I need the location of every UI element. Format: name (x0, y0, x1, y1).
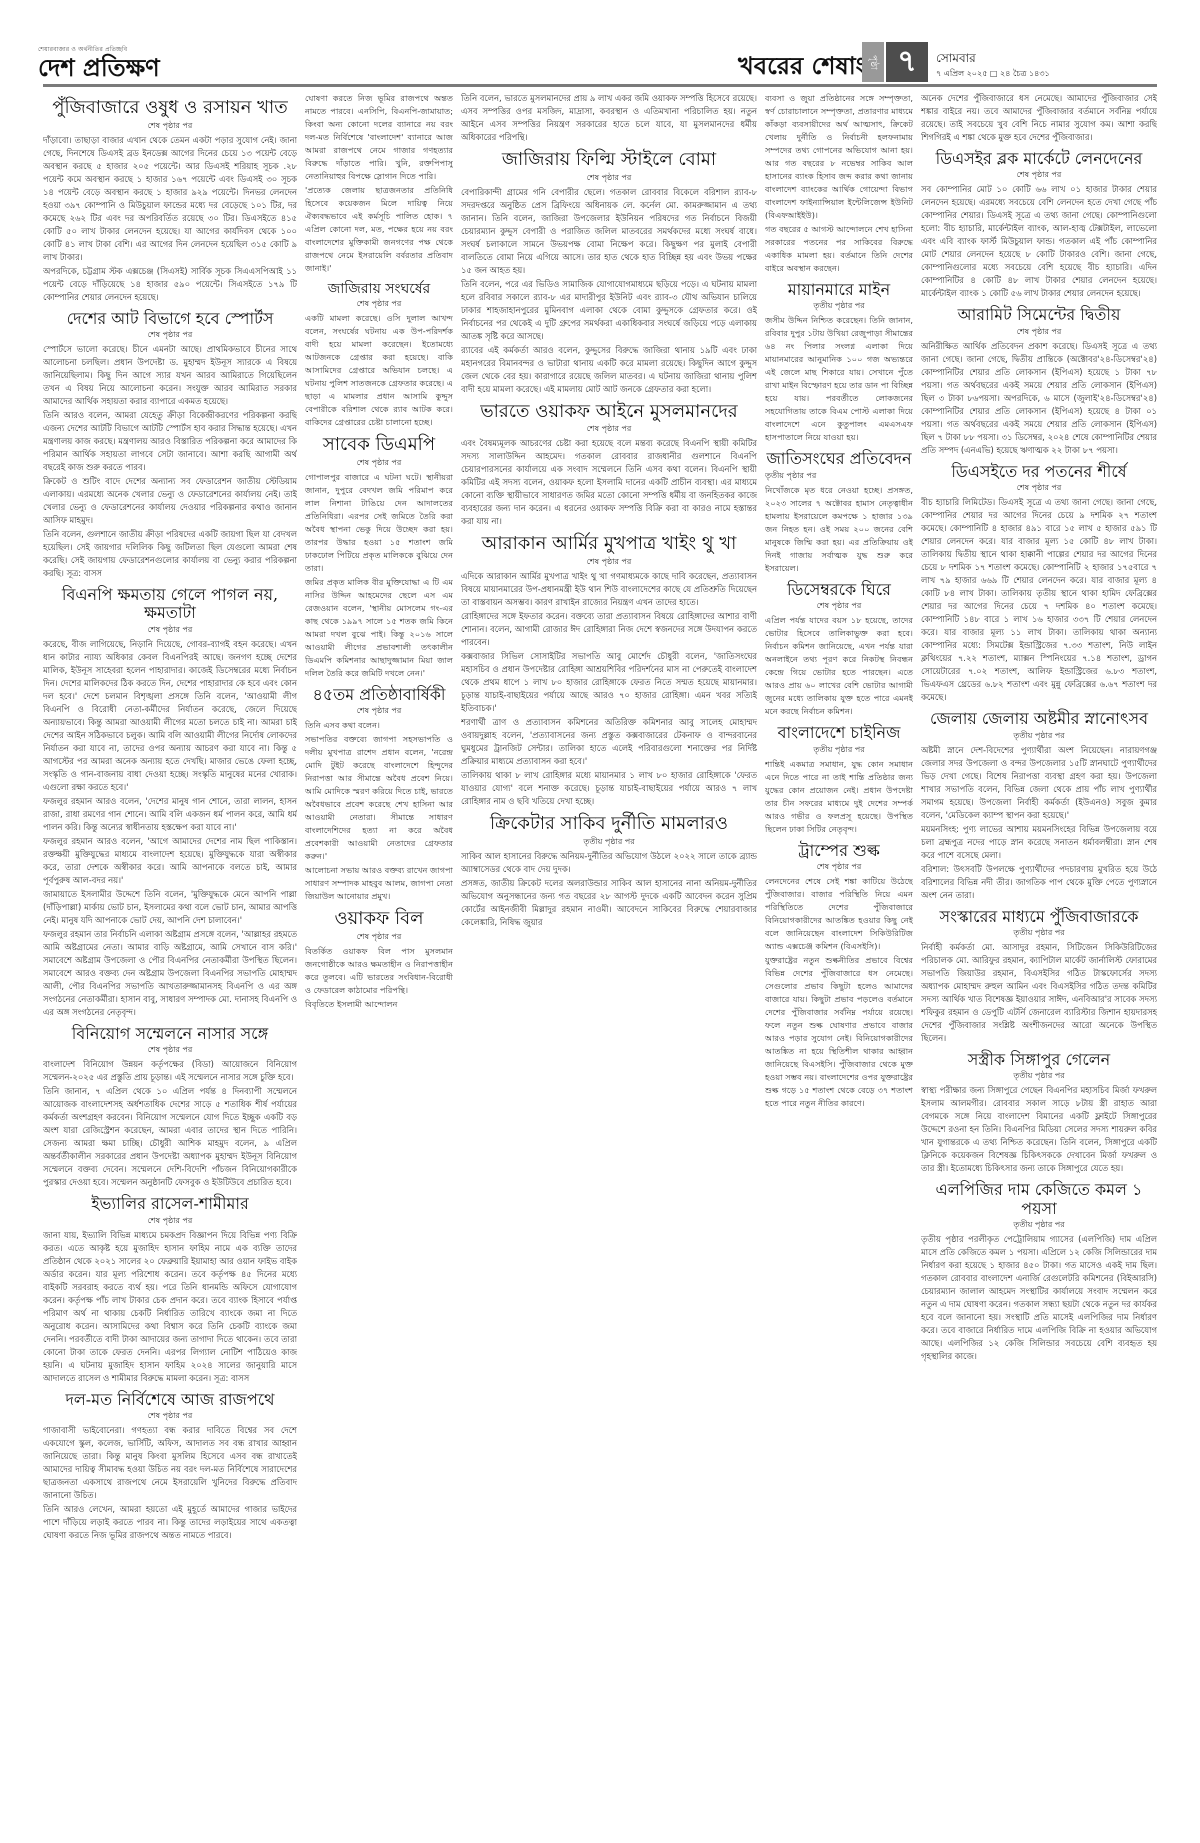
headline[interactable]: মায়ানমারে মাইন (765, 281, 913, 299)
article-body: তালিকায় থাকা ৮ লাখ রোহিঙ্গার মধ্যে মায়… (461, 769, 757, 808)
article-body: তিনি বলেন, গুলশানে জাতীয় ক্রীড়া পরিষদে… (43, 528, 297, 580)
headline[interactable]: ডিএসইর ব্লক মার্কেটে লেনদেনের (921, 150, 1157, 168)
headline[interactable]: ডিএসইতে দর পতনের শীর্ষে (921, 463, 1157, 481)
article-body: নির্বাহী কর্মকর্তা মো. আসাদুর রহমান, সিট… (921, 941, 1157, 1045)
article-arakan-army: আরাকান আর্মির মুখপাত্র খাইং থু খা শেষ পৃ… (461, 534, 757, 808)
article-december: ডিসেম্বরকে ঘিরে শেষ পৃষ্ঠার পর এপ্রিল পর… (765, 581, 913, 718)
article-body: লেনদেনের শেষে সেই শঙ্কা কাটিয়ে উঠেছে পু… (765, 875, 913, 953)
article-body: সব কোম্পানির মোট ১০ কোটি ৬৬ লাখ ০১ হাজার… (921, 183, 1157, 300)
headline[interactable]: আরাকান আর্মির মুখপাত্র খাইং থু খা (461, 534, 757, 555)
article-body: আলোচনা সভায় আরও বক্তব্য রাখেন জাগপা সাধ… (305, 864, 453, 903)
article-evaly: ইভ্যালির রাসেল-শামীমার শেষ পৃষ্ঠার পর জা… (43, 1195, 297, 1384)
article-body: রোহিঙ্গাদের সঙ্গে ইফতার করেন। বক্তব্যে ত… (461, 610, 757, 649)
article-waqf-bill: ওয়াকফ বিল শেষ পৃষ্ঠার পর বিতর্কিত ওয়াক… (305, 909, 453, 1011)
article-body: র‍্যাবের এই কর্মকর্তা আরও বলেন, কুদ্দুসে… (461, 344, 757, 396)
article-body: জামায়াতে ইসলামীর উদ্দেশে তিনি বলেন, 'মু… (43, 888, 297, 927)
article-body: জানা যায়, ইভ্যালি বিভিন্ন মাধ্যমে চমকপ্… (43, 1229, 297, 1385)
article-body: বরিশাল: উৎসবটি উপলক্ষে পুণ্যার্থীদের পদচ… (921, 863, 1157, 902)
headline[interactable]: সংস্কারের মাধ্যমে পুঁজিবাজারকে (921, 908, 1157, 926)
continued-label: শেষ পৃষ্ঠার পর (305, 456, 453, 469)
article-body: তৃতীয় পৃষ্ঠার পরলীকৃত পেট্রোলিয়াম গ্যা… (921, 1233, 1157, 1363)
continued-label: শেষ পৃষ্ঠার পর (43, 119, 297, 132)
article-body: বীচ হ্যাচারি লিমিটেড। ডিএসই সূত্রে এ তথ্… (921, 496, 1157, 704)
article-body: স্পোর্টসে ভালো করেছে। চীনে এমনটা আছে। প্… (43, 343, 297, 408)
article-body: প্রসঙ্গত, জাতীয় ক্রিকেট দলের অলরাউন্ডার… (461, 877, 757, 929)
continued-label: তৃতীয় পৃষ্ঠার পর (921, 729, 1157, 742)
continued-label: তৃতীয় পৃষ্ঠার পর (765, 743, 913, 756)
article-body: দাঁড়াবো। তাছাড়া বাজার এখান থেকে তেমন এ… (43, 134, 297, 264)
article-body: এদিকে আরাকান আর্মির মুখপাত্র খাইং থু খা … (461, 570, 757, 609)
article-body: সাকিব আল হাসানের বিরুদ্ধে অনিয়ম-দুর্নীত… (461, 850, 757, 876)
article-body: বেপারিকান্দী গ্রামের গনি বেপারীর ছেলে। গ… (461, 186, 757, 277)
article-body: ফজলুর রহমান আরও বলেন, 'দেশের মানুষ গান শ… (43, 795, 297, 834)
article-former-dmp: সাবেক ডিএমপি শেষ পৃষ্ঠার পর গোপালপুর বাজ… (305, 435, 453, 680)
continued-label: শেষ পৃষ্ঠার পর (921, 168, 1157, 181)
continued-label: শেষ পৃষ্ঠার পর (305, 297, 453, 310)
column-2: ঘোষণা করতে নিজ ভূমির রাজপথে অন্তত নামতে … (305, 92, 453, 1832)
continued-label: তৃতীয় পৃষ্ঠার পর (765, 469, 913, 482)
article-body: তিনি বলেন, ভারতে মুসলমানদের প্রায় ৯ লাখ… (461, 92, 757, 144)
continued-label: তৃতীয় পৃষ্ঠার পর (461, 835, 757, 848)
headline[interactable]: দেশের আট বিভাগে হবে স্পোর্টস (43, 310, 297, 328)
logo: শেয়ারবাজার ও অর্থনীতির প্রতিচ্ছবি দেশ প… (38, 44, 160, 81)
article-body: শান্তিই একমাত্র সমাধান, যুদ্ধ কোন সমাধান… (765, 758, 913, 836)
continued-label: শেষ পৃষ্ঠার পর (765, 599, 913, 612)
article-myanmar-mine: মায়ানমারে মাইন তৃতীয় পৃষ্ঠার পর জসীম উ… (765, 281, 913, 444)
continued-label: তৃতীয় পৃষ্ঠার পর (921, 1069, 1157, 1082)
continued-label: শেষ পৃষ্ঠার পর (461, 422, 757, 435)
continued-label: তৃতীয় পৃষ্ঠার পর (921, 1218, 1157, 1231)
article-un-report: জাতিসংঘের প্রতিবেদন তৃতীয় পৃষ্ঠার পর নি… (765, 450, 913, 574)
article-reform: সংস্কারের মাধ্যমে পুঁজিবাজারকে তৃতীয় পৃ… (921, 908, 1157, 1045)
article-body: এবং বৈষম্যমূলক আচরণের চেষ্টা করা হয়েছে … (461, 437, 757, 528)
headline[interactable]: বিএনপি ক্ষমতায় গেলে পাগল নয়, ক্ষমতাটা (43, 586, 297, 623)
article-body: এপ্রিল পর্যন্ত যাদের বয়স ১৮ হয়েছে, তাদ… (765, 614, 913, 718)
headline[interactable]: ইভ্যালির রাসেল-শামীমার (43, 1195, 297, 1213)
headline[interactable]: সস্ত্রীক সিঙ্গাপুর গেলেন (921, 1051, 1157, 1069)
continued-label: শেষ পৃষ্ঠার পর (43, 1409, 297, 1422)
continued-label: শেষ পৃষ্ঠার পর (461, 555, 757, 568)
article-dse-block: ডিএসইর ব্লক মার্কেটে লেনদেনের শেষ পৃষ্ঠা… (921, 150, 1157, 300)
article-body: ফজলুর রহমান তার নির্বাচনি এলাকা অষ্টগ্রা… (43, 928, 297, 1019)
headline[interactable]: জাতিসংঘের প্রতিবেদন (765, 450, 913, 468)
article-body: অষ্টমী স্নানে দেশ-বিদেশের পুণ্যার্থীরা অ… (921, 744, 1157, 822)
article-investment-summit: বিনিয়োগ সম্মেলনে নাসার সঙ্গে শেষ পৃষ্ঠা… (43, 1025, 297, 1189)
article-body: তিনি এসব কথা বলেন। (305, 719, 453, 732)
headline[interactable]: জাজিরায় সংঘর্ষের (305, 281, 453, 297)
article-ashtami: জেলায় জেলায় অষ্টমীর স্নানোৎসব তৃতীয় প… (921, 710, 1157, 901)
article-waqf-india-intro: তিনি বলেন, ভারতে মুসলমানদের প্রায় ৯ লাখ… (461, 92, 757, 144)
article-body: তিনি আরও লেখেন, আমরা হয়তো এই মুহূর্তে আ… (43, 1503, 297, 1542)
article-anniversary: ৪৫তম প্রতিষ্ঠাবার্ষিকী শেষ পৃষ্ঠার পর তি… (305, 686, 453, 903)
article-body: ক্রিকেট ও শুটিং বাদে দেশের অন্যান্য সব ফ… (43, 475, 297, 527)
headline[interactable]: ট্রাম্পের শুল্ক (765, 842, 913, 860)
headline[interactable]: ৪৫তম প্রতিষ্ঠাবার্ষিকী (305, 686, 453, 704)
article-body: তিনি জানান, ৭ এপ্রিল থেকে ১০ এপ্রিল পর্য… (43, 1085, 297, 1189)
article-body: জমির প্রকৃত মালিক বীর মুক্তিযোদ্ধা এ টি … (305, 576, 453, 680)
article-pharma: পুঁজিবাজারে ওষুধ ও রসায়ন খাত শেষ পৃষ্ঠা… (43, 98, 297, 304)
article-body: নিখোঁজকে মৃত ধরে নেওয়া হচ্ছে। প্রসঙ্গত,… (765, 484, 913, 575)
article-jajira-bomb: জাজিরায় ফিল্মি স্টাইলে বোমা শেষ পৃষ্ঠার… (461, 150, 757, 396)
article-dse-losers: ডিএসইতে দর পতনের শীর্ষে শেষ পৃষ্ঠার পর ব… (921, 463, 1157, 704)
article-sports-hub: দেশের আট বিভাগে হবে স্পোর্টস শেষ পৃষ্ঠার… (43, 310, 297, 580)
continued-label: শেষ পৃষ্ঠার পর (43, 1214, 297, 1227)
article-body: বিবৃতিতে ইসলামী আন্দোলন (305, 998, 453, 1011)
top-rule (43, 84, 1157, 87)
article-waqf-india: ভারতে ওয়াকফ আইনে মুসলমানদের শেষ পৃষ্ঠার… (461, 402, 757, 529)
continued-label: শেষ পৃষ্ঠার পর (305, 704, 453, 717)
column-3: তিনি বলেন, ভারতে মুসলমানদের প্রায় ৯ লাখ… (461, 92, 757, 1832)
logo-text: দেশ প্রতিক্ষণ (38, 55, 160, 81)
article-rally-cont: ঘোষণা করতে নিজ ভূমির রাজপথে অন্তত নামতে … (305, 92, 453, 275)
headline[interactable]: জেলায় জেলায় অষ্টমীর স্নানোৎসব (921, 710, 1157, 728)
article-body: কক্সবাজার সিভিল সোসাইটির সভাপতি আবু মোর্… (461, 650, 757, 715)
article-lpg-price: এলপিজির দাম কেজিতে কমল ১ পয়সা তৃতীয় পৃ… (921, 1181, 1157, 1363)
continued-label: তৃতীয় পৃষ্ঠার পর (765, 299, 913, 312)
page-label: পৃষ্ঠা (862, 42, 884, 82)
article-trump-tariff: ট্রাম্পের শুল্ক শেষ পৃষ্ঠার পর লেনদেনের … (765, 842, 913, 1110)
article-body: গাজাবাসী ভাইবোনেরা। গণহত্যা বন্ধ করার দা… (43, 1424, 297, 1502)
headline[interactable]: বিনিয়োগ সম্মেলনে নাসার সঙ্গে (43, 1025, 297, 1043)
article-body: সভাপতির বক্তব্যে জাগপা সহসভাপতি ও দলীয় … (305, 733, 453, 863)
article-shakib-cont: ব্যবসা ও জুয়া প্রতিষ্ঠানের সঙ্গে সম্পৃক… (765, 92, 913, 275)
article-body: স্বাস্থ্য পরীক্ষার জন্য সিঙ্গাপুরে গেছেন… (921, 1084, 1157, 1175)
masthead: শেয়ারবাজার ও অর্থনীতির প্রতিচ্ছবি দেশ প… (0, 0, 1200, 82)
article-body: তিনি আরও বলেন, আমরা যেহেতু ক্রীড়া বিকেন… (43, 409, 297, 474)
article-tariff-cont: অনেক দেশের পুঁজিবাজারে ধস নেমেছে। আমাদের… (921, 92, 1157, 144)
headline[interactable]: দল-মত নির্বিশেষে আজ রাজপথে (43, 1391, 297, 1409)
continued-label: তৃতীয় পৃষ্ঠার পর (921, 926, 1157, 939)
headline[interactable]: আরামিট সিমেন্টের দ্বিতীয় (921, 306, 1157, 324)
continued-label: শেষ পৃষ্ঠার পর (305, 930, 453, 943)
headline[interactable]: বাংলাদেশে চাইনিজ (765, 724, 913, 742)
article-body: যুক্তরাষ্ট্রের নতুন শুল্কনীতির প্রভাবে ব… (765, 954, 913, 1110)
continued-label: শেষ পৃষ্ঠার পর (43, 1043, 297, 1056)
headline[interactable]: ওয়াকফ বিল (305, 909, 453, 930)
article-body: শরণার্থী ত্রাণ ও প্রত্যাবাসন কমিশনের অতি… (461, 716, 757, 768)
continued-label: শেষ পৃষ্ঠার পর (765, 860, 913, 873)
column-5: অনেক দেশের পুঁজিবাজারে ধস নেমেছে। আমাদের… (921, 92, 1157, 1832)
article-body: বিতর্কিত ওয়াকফ বিল পাস মুসলমান জনগোষ্ঠী… (305, 945, 453, 997)
article-jajira-clash: জাজিরায় সংঘর্ষের শেষ পৃষ্ঠার পর একটি মা… (305, 281, 453, 429)
continued-label: শেষ পৃষ্ঠার পর (921, 481, 1157, 494)
section-title: খবরের শেষাংশ (738, 48, 880, 88)
article-body: ফজলুর রহমান আরও বলেন, 'আগে আমাদের দেশের … (43, 835, 297, 887)
article-body: ঘোষণা করতে নিজ ভূমির রাজপথে অন্তত নামতে … (305, 92, 453, 183)
article-body: ব্যবসা ও জুয়া প্রতিষ্ঠানের সঙ্গে সম্পৃক… (765, 92, 913, 222)
issue-date: ৭ এপ্রিল ২০২৫ □ ২৪ চৈত্র ১৪৩১ (936, 68, 1050, 81)
article-singapore: সস্ত্রীক সিঙ্গাপুর গেলেন তৃতীয় পৃষ্ঠার … (921, 1051, 1157, 1175)
article-body: অপরদিকে, চট্টগ্রাম স্টক এক্সচেঞ্জ (সিএসই… (43, 265, 297, 304)
continued-label: শেষ পৃষ্ঠার পর (921, 325, 1157, 338)
day-of-week: সোমবার (936, 50, 976, 70)
article-body: অনিরীক্ষিত আর্থিক প্রতিবেদন প্রকাশ করেছে… (921, 340, 1157, 457)
article-body: একটি মামলা করেছে। ওসি দুলাল আখন্দ বলেন, … (305, 312, 453, 429)
headline[interactable]: ক্রিকেটার সাকিব দুর্নীতি মামলারও (461, 814, 757, 835)
headline[interactable]: ভারতে ওয়াকফ আইনে মুসলমানদের (461, 402, 757, 423)
continued-label: শেষ পৃষ্ঠার পর (43, 623, 297, 636)
continued-label: শেষ পৃষ্ঠার পর (43, 328, 297, 341)
headline[interactable]: সাবেক ডিএমপি (305, 435, 453, 456)
column-4: ব্যবসা ও জুয়া প্রতিষ্ঠানের সঙ্গে সম্পৃক… (765, 92, 913, 1832)
headline[interactable]: পুঁজিবাজারে ওষুধ ও রসায়ন খাত (43, 98, 297, 119)
article-body: তিনি বলেন, পরে এর ভিডিও সামাজিক যোগাযোগম… (461, 278, 757, 343)
article-body: অনেক দেশের পুঁজিবাজারে ধস নেমেছে। আমাদের… (921, 92, 1157, 144)
page-number: ৭ (886, 42, 928, 82)
article-aramit: আরামিট সিমেন্টের দ্বিতীয় শেষ পৃষ্ঠার পর… (921, 306, 1157, 456)
article-body: 'প্রত্যেক জেলায় ছাত্রজনতার প্রতিনিধি হি… (305, 184, 453, 275)
column-1: পুঁজিবাজারে ওষুধ ও রসায়ন খাত শেষ পৃষ্ঠা… (43, 92, 297, 1832)
article-body: গোপালপুর বাজারে এ ঘটনা ঘটে। স্থানীয়রা জ… (305, 471, 453, 575)
article-chinese: বাংলাদেশে চাইনিজ তৃতীয় পৃষ্ঠার পর শান্ত… (765, 724, 913, 835)
article-body: ময়মনসিংহ: পুণ্য লাভের আশায় ময়মনসিংহের… (921, 823, 1157, 862)
headline[interactable]: এলপিজির দাম কেজিতে কমল ১ পয়সা (921, 1181, 1157, 1218)
headline[interactable]: ডিসেম্বরকে ঘিরে (765, 581, 913, 599)
article-body: গত বছরের ৫ আগস্ট আন্দোলনে শেখ হাসিনা সরক… (765, 223, 913, 275)
article-rally: দল-মত নির্বিশেষে আজ রাজপথে শেষ পৃষ্ঠার প… (43, 1391, 297, 1542)
article-bnp-power: বিএনপি ক্ষমতায় গেলে পাগল নয়, ক্ষমতাটা … (43, 586, 297, 1019)
headline[interactable]: জাজিরায় ফিল্মি স্টাইলে বোমা (461, 150, 757, 171)
article-body: জসীম উদ্দিন নিশ্চিত করেছেন। তিনি জানান, … (765, 314, 913, 444)
article-shakib-case: ক্রিকেটার সাকিব দুর্নীতি মামলারও তৃতীয় … (461, 814, 757, 929)
article-body: বাংলাদেশ বিনিয়োগ উন্নয়ন কর্তৃপক্ষের (ব… (43, 1058, 297, 1084)
article-body: করেছে, বীজ লাগিয়েছে, নিড়ানি দিয়েছে, গ… (43, 638, 297, 794)
continued-label: শেষ পৃষ্ঠার পর (461, 171, 757, 184)
